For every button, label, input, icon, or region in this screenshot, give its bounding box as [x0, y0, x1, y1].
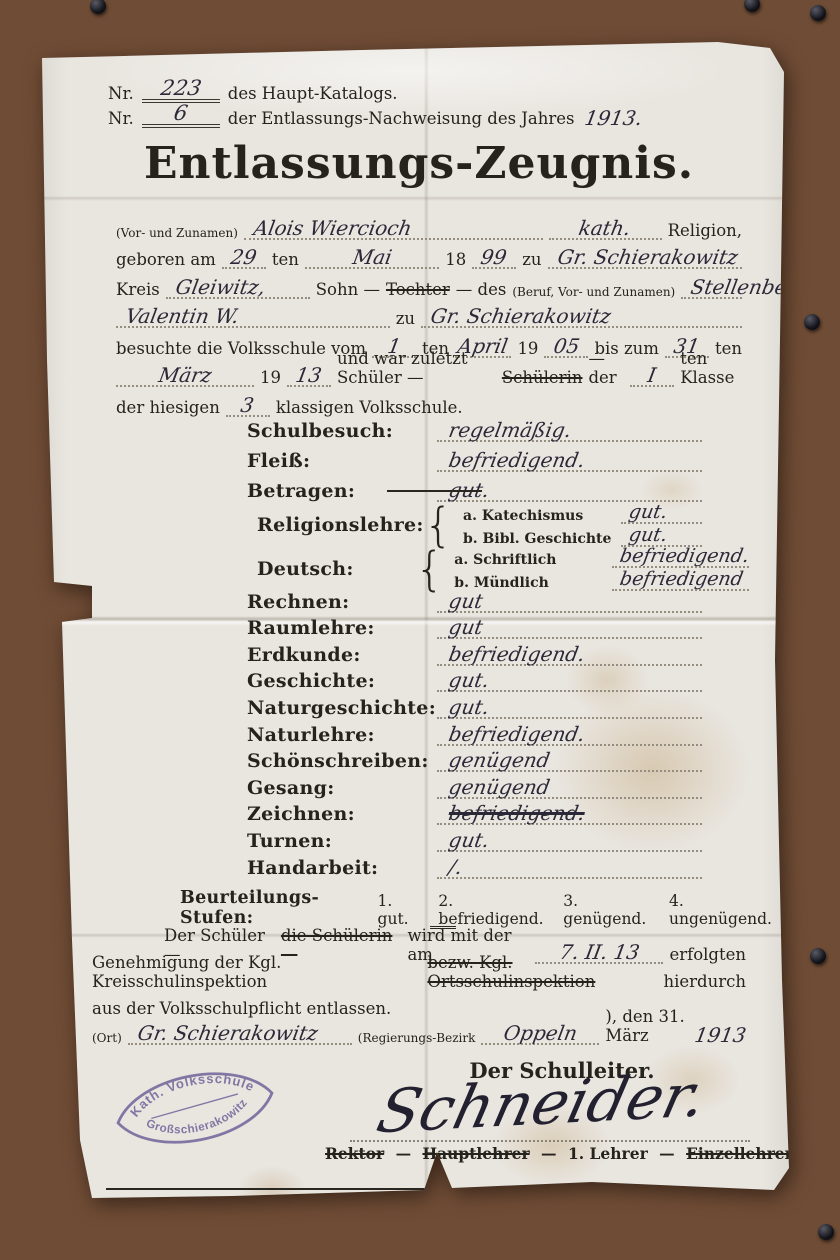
signature: Schneider. [312, 1074, 772, 1134]
to-year-field: 13 [287, 365, 331, 387]
nr-label: Nr. [108, 109, 134, 128]
grade-value: genügend [447, 750, 551, 770]
grade-value-field: befriedigend. [612, 547, 749, 568]
grade-label: Geschichte: [247, 670, 437, 692]
nail-icon [90, 0, 106, 14]
class-number: I [646, 365, 657, 385]
tochter-label-struck: Tochter [386, 280, 450, 299]
grade-value: gut. [627, 503, 668, 522]
grade-value: genügend [447, 777, 551, 797]
grade-label: Fleiß: [247, 450, 437, 472]
date-print-label: ), den 31. März [605, 1007, 689, 1045]
grade-label: Rechnen: [247, 591, 437, 613]
grade-value: /. [447, 857, 464, 877]
imprint-text: Vorrätig in Neumanns Stadtbuchdruckerei,… [177, 1195, 620, 1213]
grade-value-field: gut. [437, 670, 702, 692]
grade-value-field: befriedigend. [437, 803, 702, 825]
birth-month-field: Mai [305, 247, 439, 269]
grade-row: Turnen:gut. [247, 825, 702, 852]
sohn-label: Sohn — [316, 280, 380, 299]
role-einzellehrer-struck: Einzellehrer. [686, 1144, 797, 1163]
grade-row: Raumlehre:gut [247, 613, 702, 640]
printer-imprint: C. 8. Vorrätig in Neumanns Stadtbuchdruc… [106, 1188, 622, 1213]
grade-row: Handarbeit:/. [247, 852, 702, 879]
grade-label: Schulbesuch: [247, 420, 437, 442]
grade-value-field: /. [437, 857, 702, 879]
religion-grades-label: Religionslehre: [257, 514, 424, 536]
scale-item: 1. gut. [378, 892, 422, 928]
nail-icon [818, 1224, 834, 1240]
des-label: — des [456, 280, 507, 299]
grade-row: Fleiß: befriedigend. [247, 442, 702, 472]
ten-label: ten [272, 250, 299, 269]
attendance-line-2: März 19 13 und war zuletzt Schüler — Sch… [116, 358, 742, 388]
scale-item: 4. ungenügend. [669, 892, 775, 928]
grade-value: regelmäßig. [447, 420, 573, 440]
father-name-field: Valentin W. [116, 306, 390, 328]
birth-year-field: 99 [472, 247, 516, 269]
birth-day-field: 29 [222, 247, 266, 269]
religion-label: Religion, [668, 221, 742, 240]
birth-day: 29 [229, 247, 258, 267]
grade-value: gut [447, 617, 484, 637]
name-label: (Vor- und Zunamen) [116, 226, 238, 240]
signature-rule [350, 1140, 750, 1142]
grade-value-field: befriedigend. [437, 450, 702, 472]
certificate-document: Nr. 223 des Haupt-Katalogs. Nr. 6 der En… [32, 40, 792, 1232]
to-day: 31 [672, 336, 701, 356]
section-divider [387, 490, 482, 492]
grade-row: Naturgeschichte:gut. [247, 692, 702, 719]
birth-year: 99 [480, 247, 509, 267]
der-label: — der [588, 349, 624, 387]
bezirk-value: Oppeln [502, 1023, 579, 1043]
zu-label: zu [396, 309, 415, 328]
nail-icon [810, 5, 826, 21]
grade-value-field: regelmäßig. [437, 420, 702, 442]
religion-value: kath. [578, 218, 633, 238]
role-rektor-struck: Rektor [325, 1144, 384, 1163]
from-month-field: April [455, 336, 511, 358]
bezirk-label: (Regierungs-Bezirk [358, 1031, 476, 1045]
grade-label: Handarbeit: [247, 857, 437, 879]
century-print: 19 [517, 339, 538, 358]
closing-line-2: Genehmigung der Kgl. Kreisschulinspektio… [92, 964, 746, 991]
pupil-details: (Vor- und Zunamen) Alois Wiercioch kath.… [116, 210, 742, 417]
svg-text:Großschierakowitz: Großschierakowitz [142, 1095, 254, 1145]
grade-label: Raumlehre: [247, 617, 437, 639]
to-month-field: März [116, 365, 254, 387]
catalog-numbers: Nr. 223 des Haupt-Katalogs. Nr. 6 der En… [108, 78, 642, 128]
name-field: Alois Wiercioch [244, 218, 543, 240]
father-occupation: Stellenbes. [689, 277, 805, 297]
grade-value: befriedigend. [447, 644, 586, 664]
conduct-grades: Schulbesuch: regelmäßig. Fleiß: befriedi… [247, 412, 702, 502]
grade-row: Naturlehre:befriedigend. [247, 719, 702, 746]
father-occupation-field: Stellenbes. [681, 277, 742, 299]
role-separator: — [396, 1144, 412, 1163]
grade-row: Geschichte:gut. [247, 666, 702, 693]
role-separator: — [541, 1144, 557, 1163]
nail-icon [810, 948, 826, 964]
grade-label: Naturlehre: [247, 724, 437, 746]
grade-value-field: befriedigend. [437, 724, 702, 746]
nail-icon [744, 0, 760, 12]
grading-scale: Beurteilungs-Stufen: 1. gut. 2. befriedi… [180, 888, 792, 928]
birth-line: geboren am 29 ten Mai 18 99 zu Gr. Schie… [116, 240, 742, 270]
attend-label: besuchte die Volksschule vom [116, 339, 366, 358]
hierdurch-label: hierdurch [664, 972, 747, 991]
schuelerin-struck: Schülerin [502, 368, 583, 387]
role-hauptlehrer-struck: Hauptlehrer [422, 1144, 529, 1163]
grade-label: Naturgeschichte: [247, 697, 437, 719]
signer-roles: Rektor — Hauptlehrer — 1. Lehrer — Einze… [322, 1144, 772, 1163]
grade-value-field: genügend [437, 750, 702, 772]
grade-row: Schönschreiben:genügend [247, 746, 702, 773]
sub-grade-label: a. Katechismus [463, 508, 621, 524]
stamp-line-2: Großschierakowitz [142, 1095, 254, 1145]
born-label: geboren am [116, 250, 216, 269]
nachweis-number-field: 6 [142, 103, 220, 128]
grade-label: Schönschreiben: [247, 750, 437, 772]
kreis-field: Gleiwitz, [166, 277, 310, 299]
century-print: 19 [260, 368, 281, 387]
nachweis-year: 1913. [583, 108, 644, 128]
place-date-line: (Ort) Gr. Schierakowitz (Regierungs-Bezi… [92, 1018, 746, 1045]
ort-label: (Ort) [92, 1031, 122, 1045]
grade-row: Erdkunde:befriedigend. [247, 639, 702, 666]
grade-value-field: gut. [437, 830, 702, 852]
from-year: 05 [552, 336, 581, 356]
class-number-field: I [630, 365, 674, 387]
approval-date: 7. II. 13 [558, 942, 641, 962]
grade-row: Gesang:genügend [247, 772, 702, 799]
closing-year: 1913 [693, 1025, 747, 1045]
nachweis-number: 6 [172, 103, 189, 124]
signature-name: Schneider. [372, 1066, 712, 1143]
grade-value-field: genügend [437, 777, 702, 799]
bezirk-field: Oppeln [481, 1023, 599, 1045]
grade-value: befriedigend. [447, 724, 586, 744]
grade-value: gut [447, 591, 484, 611]
pupil-name: Alois Wiercioch [252, 218, 413, 238]
grade-value: gut. [447, 830, 491, 850]
to-month: März [157, 365, 213, 385]
grade-value-field: gut. [437, 697, 702, 719]
grade-row: Rechnen:gut [247, 586, 702, 613]
birth-place: Gr. Schierakowitz [556, 247, 739, 267]
nachweis-label: der Entlassungs-Nachweisung des Jahres [228, 109, 575, 128]
grade-value-field: befriedigend. [437, 644, 702, 666]
imprint-code: C. 8. [120, 1195, 158, 1213]
school-stamp: Kath. Volksschule Großschierakowitz [101, 1037, 289, 1179]
grade-label: Turnen: [247, 830, 437, 852]
entlassen-label: aus der Volksschulpflicht entlassen. [92, 999, 391, 1018]
grade-value-field: gut [437, 617, 702, 639]
grade-row: Schulbesuch: regelmäßig. [247, 412, 702, 442]
father-place-field: Gr. Schierakowitz [421, 306, 742, 328]
grade-value: gut. [447, 697, 491, 717]
grade-value: befriedigend. [619, 547, 751, 566]
dismissal-paragraph: Der Schüler — die Schülerin — wird mit d… [92, 937, 746, 1045]
birth-place-field: Gr. Schierakowitz [548, 247, 742, 269]
grade-value: gut. [447, 670, 491, 690]
hiesigen-label: der hiesigen [116, 398, 220, 417]
grade-value: befriedigend. [447, 450, 586, 470]
catalog-number: 223 [159, 78, 203, 99]
grade-value-field: gut. [621, 503, 702, 524]
religion-field: kath. [549, 218, 662, 240]
nachweis-number-row: Nr. 6 der Entlassungs-Nachweisung des Ja… [108, 103, 642, 128]
erfolgten-label: erfolgten [669, 945, 746, 964]
father-line: Valentin W. zu Gr. Schierakowitz [116, 299, 742, 329]
grade-value-field: gut [437, 591, 702, 613]
catalog-number-row: Nr. 223 des Haupt-Katalogs. [108, 78, 642, 103]
zu-label: zu [522, 250, 541, 269]
ort-value: Gr. Schierakowitz [136, 1023, 319, 1043]
century-print: 18 [445, 250, 466, 269]
kreis-line: Kreis Gleiwitz, Sohn — Tochter — des (Be… [116, 269, 742, 299]
scale-item: 3. genügend. [563, 892, 652, 928]
from-month: April [457, 336, 510, 356]
role-lehrer: 1. Lehrer [568, 1144, 648, 1163]
scale-item: 2. befriedigend. [438, 892, 546, 928]
role-separator: — [659, 1144, 675, 1163]
grade-row: a. Katechismus gut. [463, 503, 702, 524]
birth-month: Mai [351, 247, 393, 267]
grade-label: Zeichnen: [247, 803, 437, 825]
deutsch-grades-label: Deutsch: [257, 558, 415, 580]
from-year-field: 05 [544, 336, 588, 358]
grade-row: Zeichnen:befriedigend. [247, 799, 702, 826]
father-name: Valentin W. [124, 306, 240, 326]
scale-label: Beurteilungs-Stufen: [180, 888, 364, 928]
grade-label: Erdkunde: [247, 644, 437, 666]
kreis-label: Kreis [116, 280, 160, 299]
catalog-number-field: 223 [142, 78, 220, 103]
catalog-label: des Haupt-Katalogs. [228, 84, 398, 103]
genehmigung-label: Genehmigung der Kgl. Kreisschulinspektio… [92, 953, 421, 991]
grade-row: a. Schriftlich befriedigend. [454, 547, 749, 568]
beruf-label: (Beruf, Vor- und Zunamen) [512, 285, 675, 299]
certificate-photo: Nr. 223 des Haupt-Katalogs. Nr. 6 der En… [32, 40, 792, 1232]
subject-grades: Rechnen:gut Raumlehre:gut Erdkunde:befri… [247, 586, 702, 879]
nail-icon [804, 314, 820, 330]
kreis-value: Gleiwitz, [174, 277, 267, 297]
name-line: (Vor- und Zunamen) Alois Wiercioch kath.… [116, 210, 742, 240]
to-year: 13 [295, 365, 324, 385]
grade-label: Gesang: [247, 777, 437, 799]
sub-grade-label: a. Schriftlich [454, 552, 612, 568]
nr-label: Nr. [108, 84, 134, 103]
document-title: Entlassungs-Zeugnis. [32, 138, 792, 189]
grade-value-struck: befriedigend. [447, 803, 586, 823]
father-place: Gr. Schierakowitz [429, 306, 612, 326]
